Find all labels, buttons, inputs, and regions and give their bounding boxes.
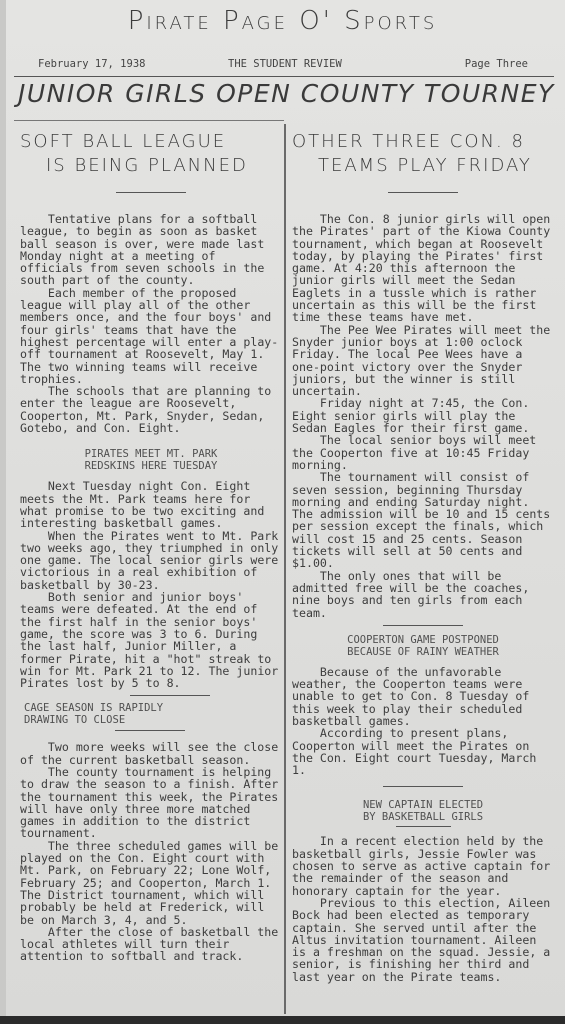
article-headline: CAGE SEASON IS RAPIDLY DRAWING TO CLOSE [20,702,282,726]
article-paragraph: After the close of basketball the local … [20,926,282,963]
article-softball-league: Tentative plans for a softball league, t… [20,213,282,434]
article-paragraph: When the Pirates went to Mt. Park two we… [20,530,282,591]
article-cooperton-postponed: Because of the unfavorable weather, the … [292,666,554,777]
headline-line: COOPERTON GAME POSTPONED [292,634,554,646]
article-paragraph: Tentative plans for a softball league, t… [20,213,282,287]
newspaper-page: Pirate Page O' Sports February 17, 1938 … [0,0,565,1024]
headline-line: OTHER THREE CON. 8 [292,131,525,152]
separator-rule [383,625,463,626]
issue-date: February 17, 1938 [38,58,145,70]
article-headline: COOPERTON GAME POSTPONED BECAUSE OF RAIN… [292,634,554,658]
separator-rule [130,695,210,696]
article-paragraph: Previous to this election, Aileen Bock h… [292,897,554,983]
article-paragraph: Two more weeks will see the close of the… [20,741,282,766]
article-headline: OTHER THREE CON. 8 TEAMS PLAY FRIDAY [292,130,554,178]
headline-line: BY BASKETBALL GIRLS [292,811,554,823]
headline-line: NEW CAPTAIN ELECTED [292,799,554,811]
right-column: OTHER THREE CON. 8 TEAMS PLAY FRIDAY The… [292,124,554,983]
headline-line: IS BEING PLANNED [20,154,282,178]
article-paragraph: In a recent election held by the basketb… [292,835,554,896]
headline-line: PIRATES MEET MT. PARK [20,448,282,460]
article-paragraph: The county tournament is helping to draw… [20,766,282,840]
article-paragraph: The Con. 8 junior girls will open the Pi… [292,213,554,324]
headline-line: BECAUSE OF RAINY WEATHER [292,646,554,658]
article-cage-season: Two more weeks will see the close of the… [20,741,282,962]
separator-rule [116,192,186,193]
article-paragraph: The local senior boys will meet the Coop… [292,434,554,471]
publication-name: THE STUDENT REVIEW [228,58,342,70]
separator-rule [388,192,458,193]
article-paragraph: Each member of the proposed league will … [20,287,282,385]
separator-rule [396,826,451,827]
article-paragraph: According to present plans, Cooperton wi… [292,727,554,776]
article-paragraph: The Pee Wee Pirates will meet the Snyder… [292,324,554,398]
headline-rule [14,120,284,121]
article-new-captain: In a recent election held by the basketb… [292,835,554,983]
headline-line: REDSKINS HERE TUESDAY [20,460,282,472]
page-number: Page Three [465,58,528,70]
article-paragraph: The tournament will consist of seven ses… [292,471,554,569]
main-headline: JUNIOR GIRLS OPEN COUNTY TOURNEY [18,79,558,108]
article-paragraph: Next Tuesday night Con. Eight meets the … [20,480,282,529]
article-paragraph: Friday night at 7:45, the Con. Eight sen… [292,397,554,434]
article-con8-teams: The Con. 8 junior girls will open the Pi… [292,213,554,619]
article-paragraph: Both senior and junior boys' teams were … [20,591,282,689]
page-edge-shadow [0,0,6,1024]
left-column: SOFT BALL LEAGUE IS BEING PLANNED Tentat… [20,124,282,963]
separator-rule [383,786,463,787]
headline-line: DRAWING TO CLOSE [24,714,282,726]
separator-rule [115,730,185,731]
article-paragraph: The schools that are planning to enter t… [20,385,282,434]
dateline: February 17, 1938 THE STUDENT REVIEW Pag… [38,58,528,74]
article-headline: NEW CAPTAIN ELECTED BY BASKETBALL GIRLS [292,799,554,823]
article-headline: PIRATES MEET MT. PARK REDSKINS HERE TUES… [20,448,282,472]
page-bottom-edge [0,1016,565,1024]
article-headline: SOFT BALL LEAGUE IS BEING PLANNED [20,130,282,178]
headline-line: CAGE SEASON IS RAPIDLY [24,702,282,714]
headline-line: SOFT BALL LEAGUE [20,131,226,152]
article-paragraph: The only ones that will be admitted free… [292,570,554,619]
column-divider [284,124,286,1014]
headline-line: TEAMS PLAY FRIDAY [292,154,554,178]
article-mt-park: Next Tuesday night Con. Eight meets the … [20,480,282,689]
dateline-rule [14,76,554,77]
masthead-title: Pirate Page O' Sports [0,6,565,36]
article-paragraph: Because of the unfavorable weather, the … [292,666,554,727]
article-paragraph: The three scheduled games will be played… [20,840,282,926]
